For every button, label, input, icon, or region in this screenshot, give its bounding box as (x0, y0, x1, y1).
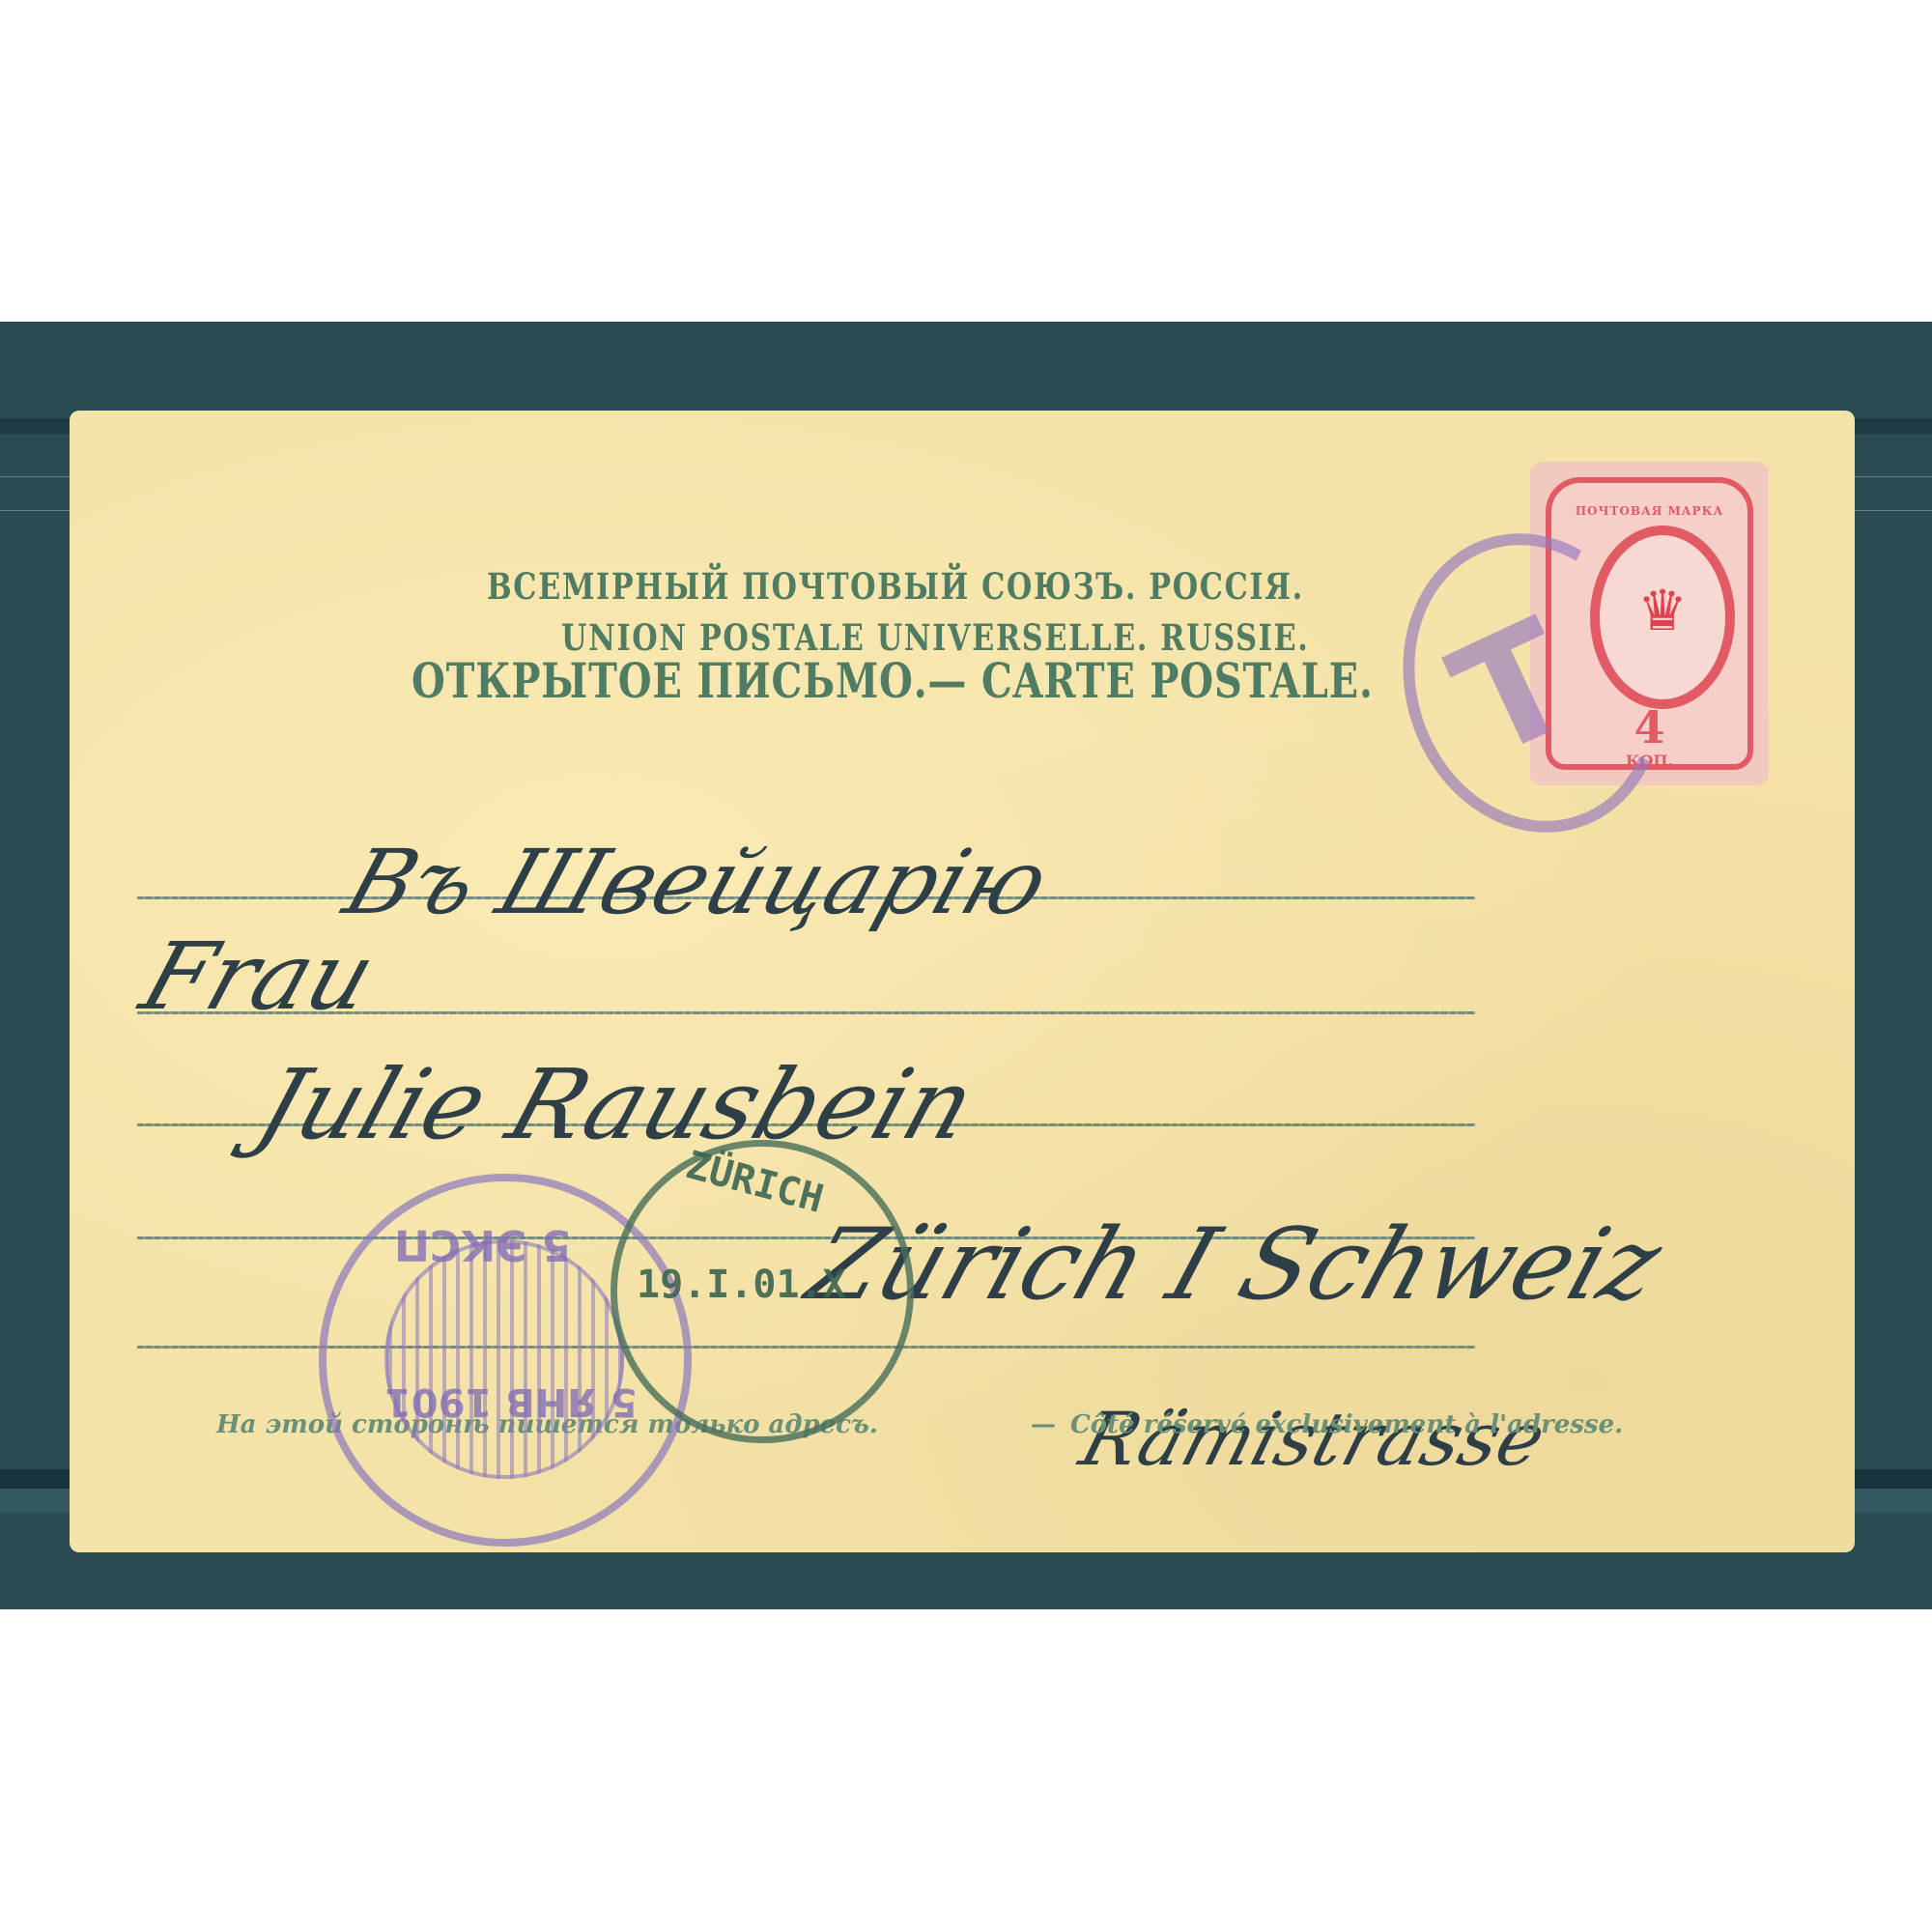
handwritten-city: Zürich I Schweiz (795, 1207, 1675, 1322)
stamp-header: ПОЧТОВАЯ МАРКА (1551, 504, 1747, 518)
handwritten-salutation: Frau (129, 923, 388, 1031)
footer-separator: — (1031, 1410, 1056, 1439)
footer-french: Côté réservé exclusivement à l'adresse. (1070, 1410, 1623, 1439)
arrival-postmark-city: ZÜRICH (682, 1143, 828, 1222)
handwritten-country: Въ Швейцарію (333, 831, 1062, 934)
arrival-postmark-date: 19.I.01.X (637, 1263, 846, 1307)
postcard: ВСЕМIРНЫЙ ПОЧТОВЫЙ СОЮЗЪ. РОССIЯ. UNION … (70, 411, 1855, 1552)
postcard-title: ОТКРЫТОЕ ПИСЬМО.— CARTE POSTALE. (412, 652, 1374, 709)
arrival-postmark: ZÜRICH 19.I.01.X (611, 1140, 914, 1443)
departure-postmark-office: 5 ЭКСП (394, 1220, 571, 1269)
departure-postmark-bars (384, 1239, 624, 1479)
header-russian: ВСЕМIРНЫЙ ПОЧТОВЫЙ СОЮЗЪ. РОССIЯ. (487, 565, 1304, 608)
departure-postmark-date: 5 ЯНВ 1901 (384, 1379, 638, 1424)
handwritten-recipient-name: Julie Rausbein (244, 1048, 988, 1161)
